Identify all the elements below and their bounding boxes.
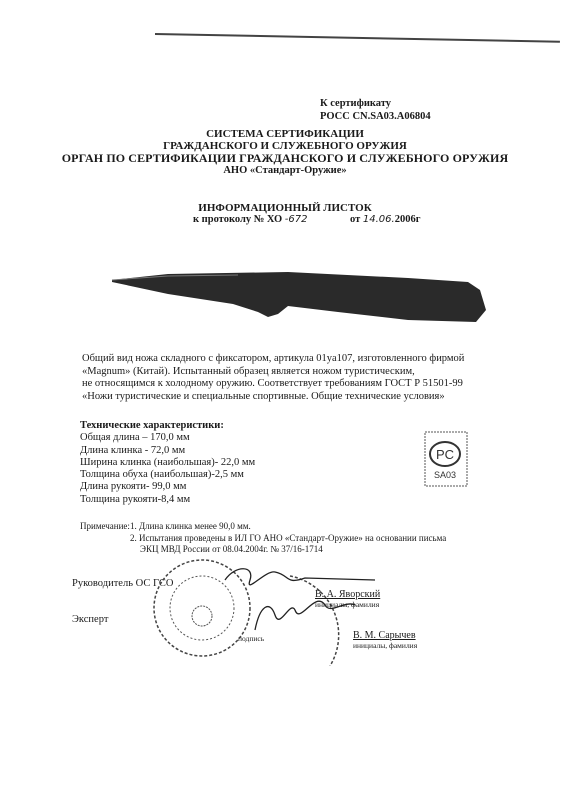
specs-heading: Технические характеристики: bbox=[80, 420, 255, 432]
note-3: ЭКЦ МВД России от 08.04.2004г. № 37/16-1… bbox=[80, 544, 446, 556]
notes: Примечание:1. Длина клинка менее 90,0 мм… bbox=[80, 521, 446, 556]
protocol-number-handwritten: -672 bbox=[285, 214, 308, 225]
signature-caption: подпись bbox=[238, 634, 264, 643]
description-line: Общий вид ножа складного с фиксатором, а… bbox=[82, 353, 464, 366]
expert-name-caption: инициалы, фамилия bbox=[353, 641, 417, 650]
spec-item: Толщина обуха (наибольшая)-2,5 мм bbox=[80, 469, 255, 481]
date-handwritten: 14.06. bbox=[363, 214, 395, 225]
conformity-mark-icon: PC SA03 bbox=[424, 430, 468, 488]
technical-specs: Технические характеристики: Общая длина … bbox=[80, 420, 255, 506]
expert-label: Эксперт bbox=[72, 614, 108, 625]
date-prefix: от bbox=[350, 214, 363, 225]
head-signature-block: В. А. Яворский инициалы, фамилия bbox=[315, 589, 380, 609]
spec-item: Длина клинка - 72,0 мм bbox=[80, 445, 255, 457]
spec-item: Толщина рукояти-8,4 мм bbox=[80, 494, 255, 506]
head-name: В. А. Яворский bbox=[315, 589, 380, 600]
knife-photo bbox=[108, 262, 508, 332]
certificate-reference: К сертификату РОСС CN.SA03.A06804 bbox=[320, 97, 431, 123]
notes-label: Примечание: bbox=[80, 521, 130, 531]
header-system: СИСТЕМА СЕРТИФИКАЦИИ bbox=[0, 128, 570, 141]
svg-text:SA03: SA03 bbox=[434, 470, 456, 480]
document-page: К сертификату РОСС CN.SA03.A06804 СИСТЕМ… bbox=[0, 0, 570, 800]
expert-name: В. М. Сарычев bbox=[353, 630, 417, 641]
date-year: 2006г bbox=[395, 214, 421, 225]
note-2: 2. Испытания проведены в ИЛ ГО АНО «Стан… bbox=[80, 533, 446, 545]
note-1: 1. Длина клинка менее 90,0 мм. bbox=[130, 521, 251, 531]
head-name-caption: инициалы, фамилия bbox=[315, 600, 380, 609]
description-line: не относящимся к холодному оружию. Соотв… bbox=[82, 378, 464, 391]
header-organization: АНО «Стандарт-Оружие» bbox=[0, 165, 570, 178]
product-description: Общий вид ножа складного с фиксатором, а… bbox=[82, 353, 464, 403]
header-certification-body: ОРГАН ПО СЕРТИФИКАЦИИ ГРАЖДАНСКОГО И СЛУ… bbox=[0, 152, 570, 165]
description-line: «Magnum» (Китай). Испытанный образец явл… bbox=[82, 366, 464, 379]
expert-signature-block: В. М. Сарычев инициалы, фамилия bbox=[353, 630, 417, 650]
svg-text:PC: PC bbox=[436, 447, 454, 462]
certificate-ref-number: РОСС CN.SA03.A06804 bbox=[320, 110, 431, 123]
protocol-number: к протоколу № ХО -672 bbox=[193, 214, 307, 225]
spec-item: Общая длина – 170,0 мм bbox=[80, 432, 255, 444]
document-title: ИНФОРМАЦИОННЫЙ ЛИСТОК bbox=[0, 202, 570, 214]
certificate-ref-line1: К сертификату bbox=[320, 97, 431, 110]
description-line: «Ножи туристические и специальные спорти… bbox=[82, 391, 464, 404]
protocol-date: от 14.06.2006г bbox=[350, 214, 421, 225]
spec-item: Длина рукояти- 99,0 мм bbox=[80, 481, 255, 493]
spec-item: Ширина клинка (наибольшая)- 22,0 мм bbox=[80, 457, 255, 469]
scan-artifact-line bbox=[155, 33, 560, 43]
protocol-prefix: к протоколу № ХО bbox=[193, 214, 285, 225]
